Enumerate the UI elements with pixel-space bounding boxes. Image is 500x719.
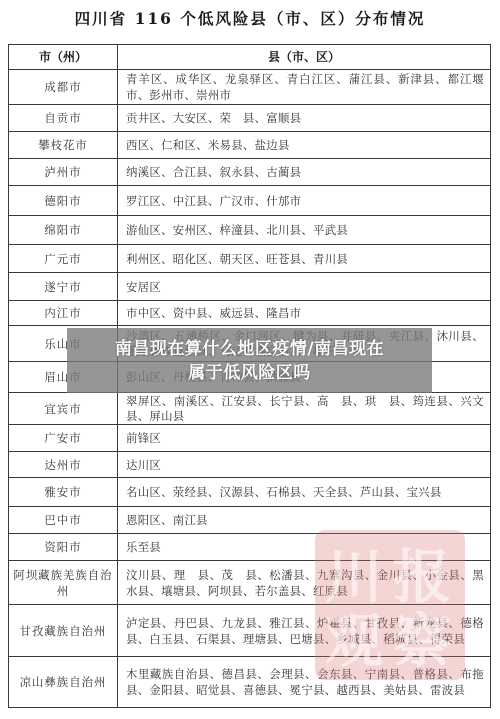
city-cell: 绵阳市	[9, 216, 118, 245]
city-cell: 攀枝花市	[9, 132, 118, 159]
table-header-row: 市（州） 县（市、区）	[9, 45, 491, 70]
table-row: 巴中市 恩阳区、南江县	[9, 507, 491, 534]
city-cell: 广安市	[9, 425, 118, 452]
city-cell: 资阳市	[9, 534, 118, 561]
table-row: 自贡市 贡井区、大安区、荣 县、富顺县	[9, 105, 491, 132]
table-row: 德阳市 罗江区、中江县、广汉市、什邡市	[9, 186, 491, 216]
counties-cell: 青羊区、成华区、龙泉驿区、青白江区、蒲江县、新津县、都江堰市、彭州市、崇州市	[118, 70, 491, 105]
table-row: 遂宁市 安居区	[9, 273, 491, 301]
column-header-counties: 县（市、区）	[118, 45, 491, 70]
table-row: 阿坝藏族羌族自治州 汶川县、理 县、茂 县、松潘县、九寨沟县、金川县、小金县、黑…	[9, 561, 491, 605]
counties-cell: 达川区	[118, 452, 491, 478]
city-cell: 雅安市	[9, 478, 118, 507]
counties-cell: 安居区	[118, 273, 491, 301]
table-row: 达州市 达川区	[9, 452, 491, 478]
counties-cell: 名山区、荥经县、汉源县、石棉县、天全县、芦山县、宝兴县	[118, 478, 491, 507]
table-row: 广元市 利州区、昭化区、朝天区、旺苍县、青川县	[9, 245, 491, 273]
counties-cell: 泸定县、丹巴县、九龙县、雅江县、炉霍县、甘孜县、新龙县、德格县、白玉县、石渠县、…	[118, 605, 491, 657]
table-row: 攀枝花市 西区、仁和区、米易县、盐边县	[9, 132, 491, 159]
table-row: 甘孜藏族自治州 泸定县、丹巴县、九龙县、雅江县、炉霍县、甘孜县、新龙县、德格县、…	[9, 605, 491, 657]
counties-cell: 纳溪区、合江县、叙永县、古蔺县	[118, 159, 491, 186]
city-cell: 泸州市	[9, 159, 118, 186]
counties-cell: 恩阳区、南江县	[118, 507, 491, 534]
headline-line-1: 南昌现在算什么地区疫情/南昌现在	[115, 337, 384, 361]
counties-cell: 西区、仁和区、米易县、盐边县	[118, 132, 491, 159]
counties-cell: 乐至县	[118, 534, 491, 561]
table-row: 凉山彝族自治州 木里藏族自治县、德昌县、会理县、会东县、宁南县、普格县、布拖县、…	[9, 657, 491, 708]
headline-line-2: 属于低风险区吗	[188, 361, 311, 385]
document-title: 四川省 116 个低风险县（市、区）分布情况	[0, 7, 500, 29]
city-cell: 德阳市	[9, 186, 118, 216]
city-cell: 巴中市	[9, 507, 118, 534]
table-row: 宜宾市 翠屏区、南溪区、江安县、长宁县、高 县、珙 县、筠连县、兴文县、屏山县	[9, 393, 491, 425]
column-header-city: 市（州）	[9, 45, 118, 70]
city-cell: 阿坝藏族羌族自治州	[9, 561, 118, 605]
counties-cell: 汶川县、理 县、茂 县、松潘县、九寨沟县、金川县、小金县、黑水县、壤塘县、阿坝县…	[118, 561, 491, 605]
city-cell: 遂宁市	[9, 273, 118, 301]
counties-cell: 利州区、昭化区、朝天区、旺苍县、青川县	[118, 245, 491, 273]
counties-cell: 木里藏族自治县、德昌县、会理县、会东县、宁南县、普格县、布拖县、金阳县、昭觉县、…	[118, 657, 491, 708]
city-cell: 内江市	[9, 301, 118, 326]
counties-cell: 罗江区、中江县、广汉市、什邡市	[118, 186, 491, 216]
table-row: 泸州市 纳溪区、合江县、叙永县、古蔺县	[9, 159, 491, 186]
counties-cell: 贡井区、大安区、荣 县、富顺县	[118, 105, 491, 132]
city-cell: 成都市	[9, 70, 118, 105]
table-row: 绵阳市 游仙区、安州区、梓潼县、北川县、平武县	[9, 216, 491, 245]
city-cell: 广元市	[9, 245, 118, 273]
city-cell: 自贡市	[9, 105, 118, 132]
table-row: 内江市 市中区、资中县、威远县、隆昌市	[9, 301, 491, 326]
city-cell: 凉山彝族自治州	[9, 657, 118, 708]
counties-cell: 翠屏区、南溪区、江安县、长宁县、高 县、珙 县、筠连县、兴文县、屏山县	[118, 393, 491, 425]
table-row: 广安市 前锋区	[9, 425, 491, 452]
headline-overlay-banner: 南昌现在算什么地区疫情/南昌现在 属于低风险区吗	[67, 328, 432, 393]
counties-cell: 前锋区	[118, 425, 491, 452]
table-row: 成都市 青羊区、成华区、龙泉驿区、青白江区、蒲江县、新津县、都江堰市、彭州市、崇…	[9, 70, 491, 105]
city-cell: 甘孜藏族自治州	[9, 605, 118, 657]
city-cell: 达州市	[9, 452, 118, 478]
table-row: 资阳市 乐至县	[9, 534, 491, 561]
city-cell: 宜宾市	[9, 393, 118, 425]
table-row: 雅安市 名山区、荥经县、汉源县、石棉县、天全县、芦山县、宝兴县	[9, 478, 491, 507]
counties-cell: 游仙区、安州区、梓潼县、北川县、平武县	[118, 216, 491, 245]
counties-cell: 市中区、资中县、威远县、隆昌市	[118, 301, 491, 326]
